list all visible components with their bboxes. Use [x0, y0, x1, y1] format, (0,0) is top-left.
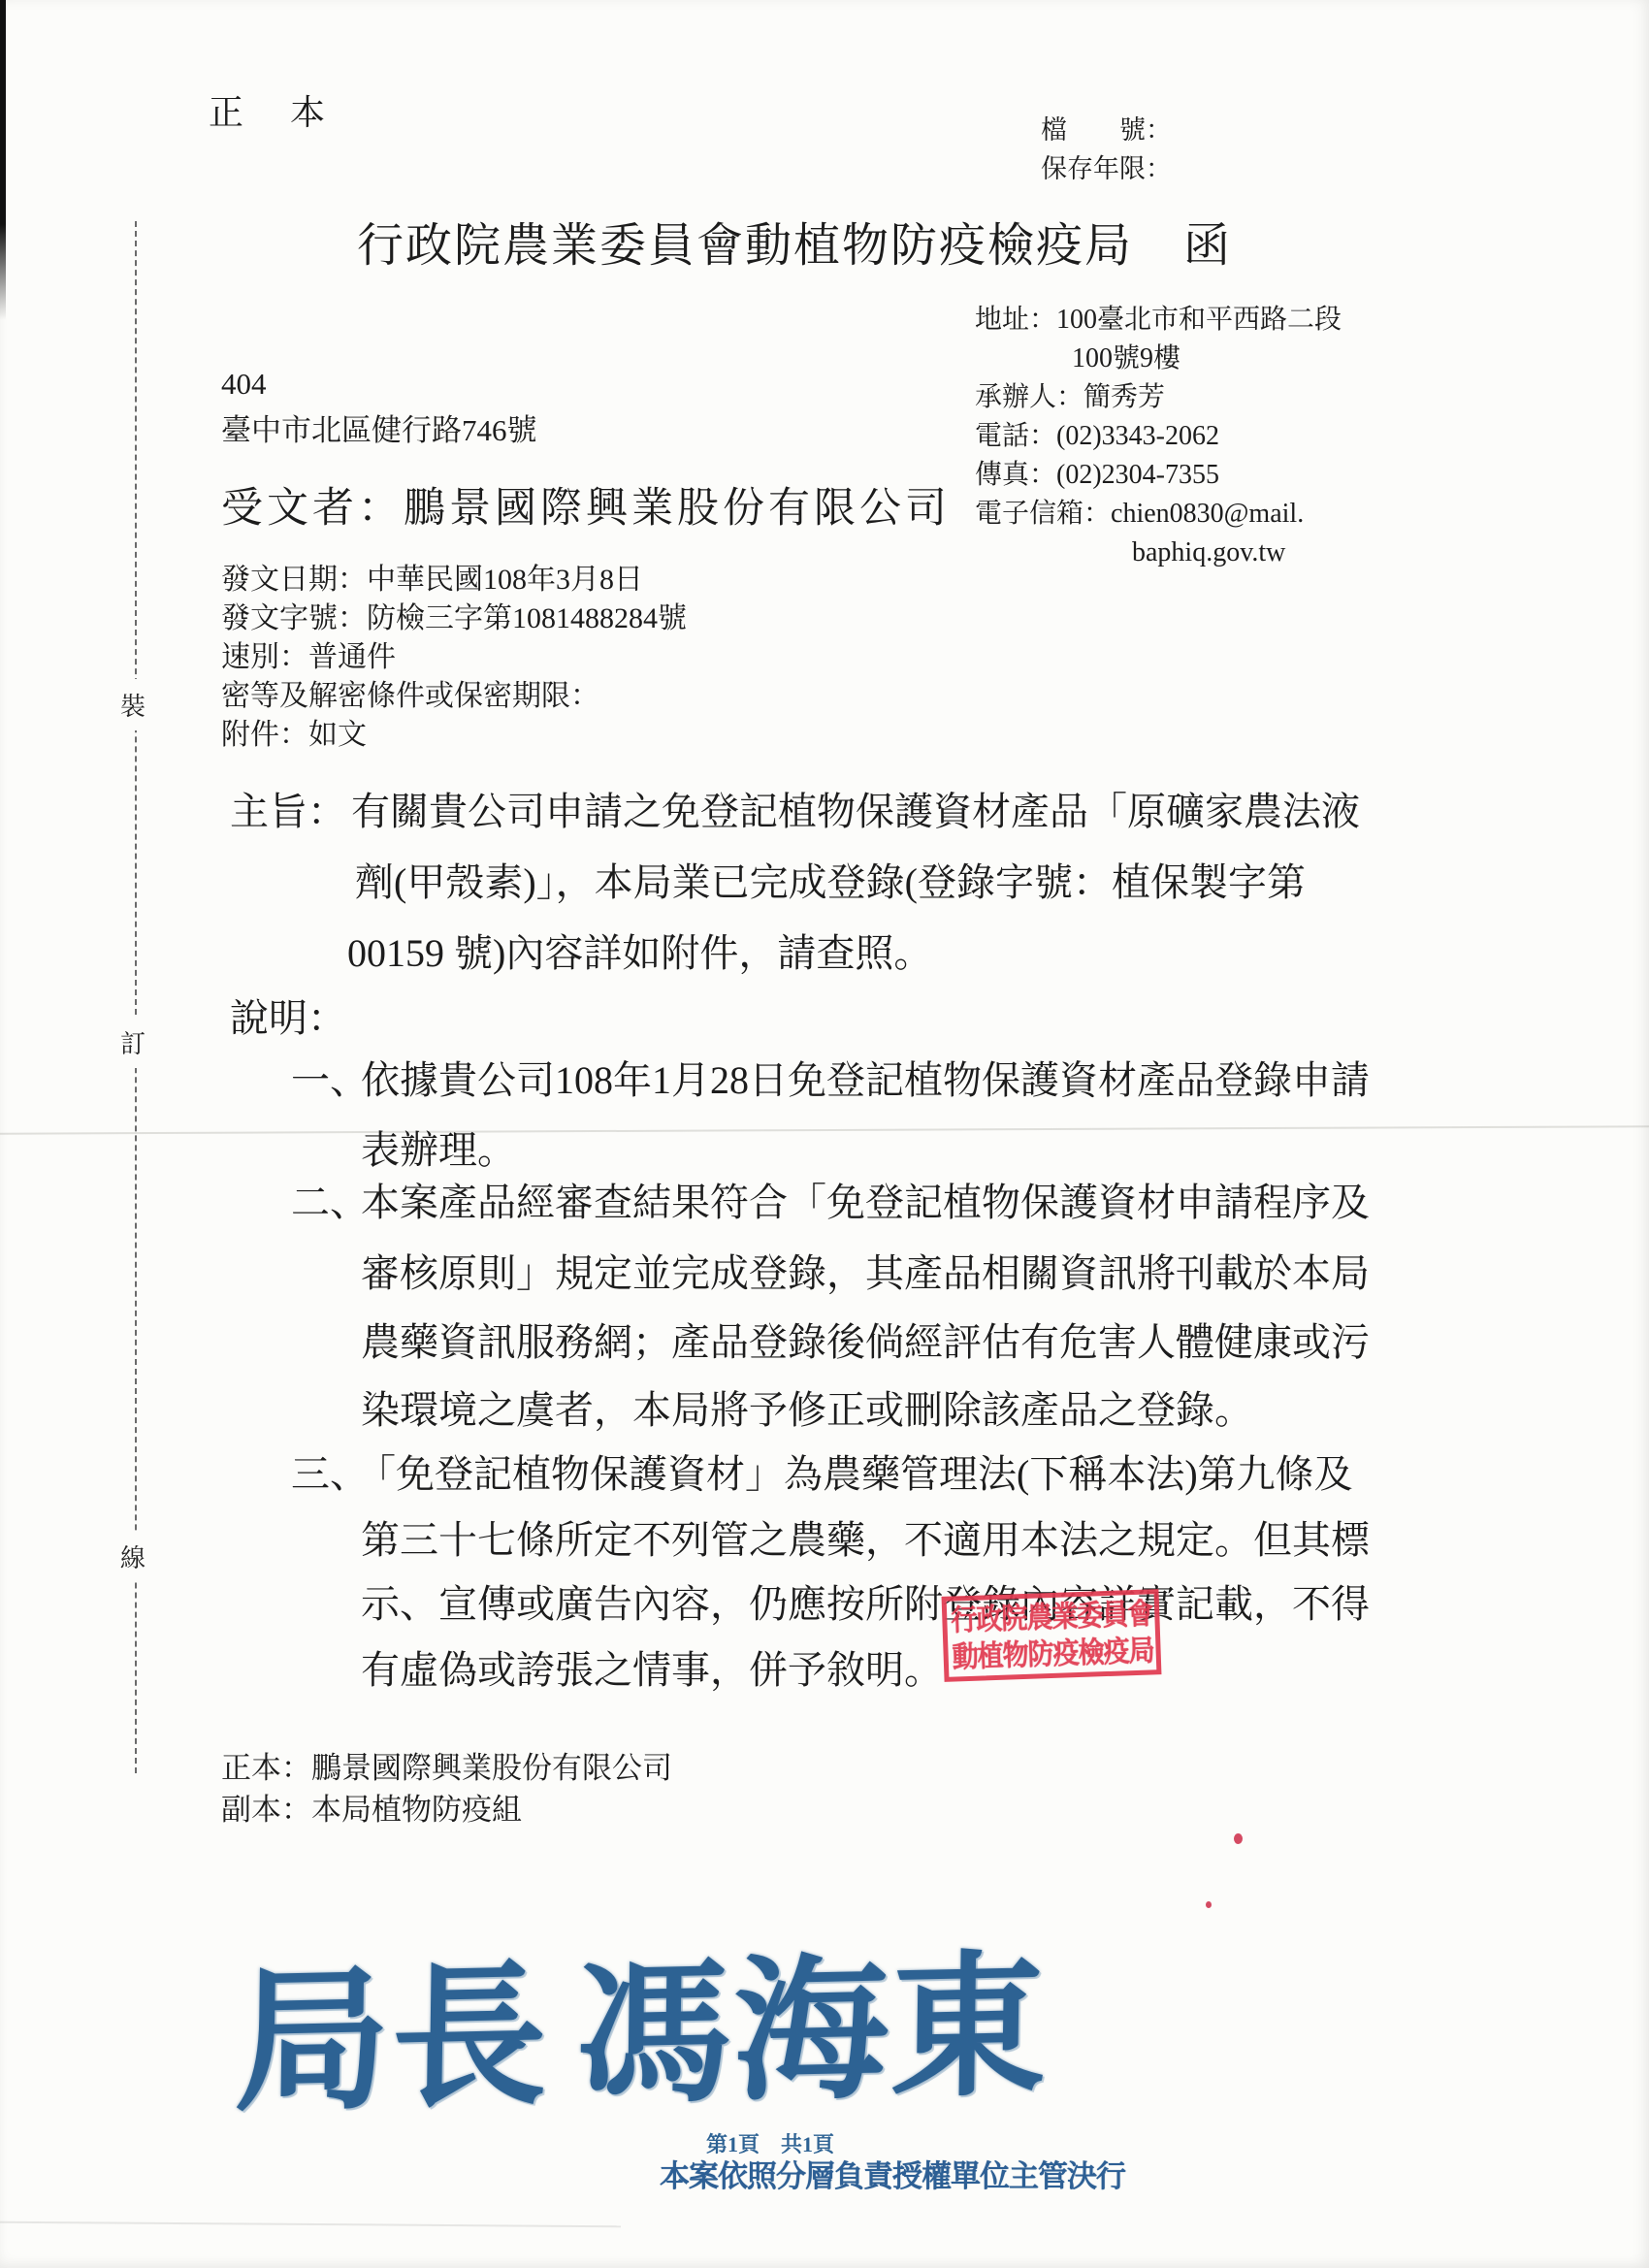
subject-line: 有關貴公司申請之免登記植物保護資材產品「原礦家農法液: [351, 781, 1360, 836]
explanation-item-line: 第三十七條所定不列管之農藥，不適用本法之規定。但其標: [361, 1509, 1370, 1565]
document-type: 函: [1183, 220, 1232, 272]
explanation-item-line: 依據貴公司108年1月28日免登記植物保護資材產品登錄申請: [361, 1050, 1370, 1105]
recipient-name: 鵬景國際興業股份有限公司: [404, 486, 951, 532]
agency-contact-line: 承辦人：簡秀芳: [975, 378, 1342, 417]
explanation-item-number: 一、: [291, 1050, 369, 1105]
security-class-line: 密等及解密條件或保密期限：: [221, 677, 687, 716]
agency-address-line: 地址：100臺北市和平西路二段: [975, 301, 1342, 340]
copy-type-label: 正 本: [209, 85, 331, 135]
doc-number-line: 發文字號：防檢三字第1081488284號: [221, 599, 687, 638]
agency-email-line: 電子信箱：chien0830@mail.: [975, 495, 1342, 534]
original-copy-line: 正本：鵬景國際興業股份有限公司: [221, 1743, 672, 1787]
explanation-item-line: 農藥資訊服務網；產品登錄後倘經評估有危害人體健康或污: [361, 1312, 1370, 1367]
recipient-street-address: 臺中市北區健行路746號: [221, 405, 537, 449]
explanation-label: 說明：: [230, 988, 346, 1043]
agency-email-line2: baphiq.gov.tw: [975, 534, 1342, 572]
delegation-note: 本案依照分層負責授權單位主管決行: [660, 2152, 1125, 2195]
stamp-text-row: 動植物防疫檢疫局: [952, 1632, 1152, 1675]
official-red-seal-stamp: 行政院農業委員會 動植物防疫檢疫局: [942, 1589, 1162, 1682]
red-ink-speck: [1234, 1833, 1243, 1844]
document-title-row: 行政院農業委員會動植物防疫檢疫局函: [357, 208, 1232, 275]
agency-address-line2: 100號9樓: [975, 340, 1342, 378]
binding-mark-xian: 線: [118, 1531, 147, 1582]
director-signature: 局長馮海東: [233, 1900, 1049, 2141]
explanation-item-line: 示、宣傳或廣告內容，仍應按所附登錄內容詳實記載，不得: [361, 1573, 1370, 1629]
explanation-item-line: 有虛偽或誇張之情事，併予敘明。: [361, 1639, 943, 1695]
retention-period-label: 保存年限：: [1041, 147, 1172, 185]
cc-copy-line: 副本：本局植物防疫組: [221, 1785, 522, 1829]
speed-class-line: 速別：普通件: [221, 638, 687, 677]
agency-title: 行政院農業委員會動植物防疫檢疫局: [357, 220, 1133, 272]
binding-mark-zhuang: 裝: [118, 679, 147, 730]
attachment-line: 附件：如文: [221, 716, 687, 755]
recipient-zip: 404: [221, 367, 267, 402]
subject-line: 劑(甲殼素)」，本局業已完成登錄(登錄字號：植保製字第: [355, 852, 1306, 907]
binding-mark-ding: 訂: [118, 1017, 147, 1068]
explanation-item-line: 「免登記植物保護資材」為農藥管理法(下稱本法)第九條及: [357, 1443, 1353, 1499]
agency-fax-line: 傳真：(02)2304-7355: [975, 456, 1342, 495]
subject-line: 00159 號)內容詳如附件，請查照。: [347, 923, 932, 978]
subject-label: 主旨：: [230, 781, 346, 836]
paper-fold-crease-bottom: [0, 2221, 621, 2227]
issue-date-line: 發文日期：中華民國108年3月8日: [221, 561, 687, 599]
agency-contact-block: 地址：100臺北市和平西路二段 100號9樓 承辦人：簡秀芳 電話：(02)33…: [975, 301, 1342, 572]
signature-name: 馮海東: [575, 1940, 1049, 2122]
paper-fold-crease: [0, 1125, 1649, 1134]
signature-title: 局長: [234, 1951, 550, 2130]
scan-edge-artifact: [0, 0, 6, 320]
agency-phone-line: 電話：(02)3343-2062: [975, 417, 1342, 456]
document-meta-block: 發文日期：中華民國108年3月8日 發文字號：防檢三字第1081488284號 …: [221, 561, 687, 755]
explanation-item-number: 二、: [291, 1172, 369, 1227]
official-letter-page: 裝 訂 線 正 本 檔 號： 保存年限： 行政院農業委員會動植物防疫檢疫局函 地…: [0, 0, 1649, 2268]
file-number-label: 檔 號：: [1041, 109, 1172, 146]
red-ink-speck: [1206, 1901, 1212, 1908]
explanation-item-line: 本案產品經審查結果符合「免登記植物保護資材申請程序及: [361, 1172, 1370, 1227]
recipient-line: 受文者：鵬景國際興業股份有限公司: [221, 475, 951, 535]
recipient-label: 受文者：: [221, 486, 404, 532]
explanation-item-line: 審核原則」規定並完成登錄，其產品相關資訊將刊載於本局: [361, 1243, 1370, 1298]
explanation-item-line: 表辦理。: [361, 1119, 516, 1175]
explanation-item-line: 染環境之虞者，本局將予修正或刪除該產品之登錄。: [361, 1379, 1253, 1435]
